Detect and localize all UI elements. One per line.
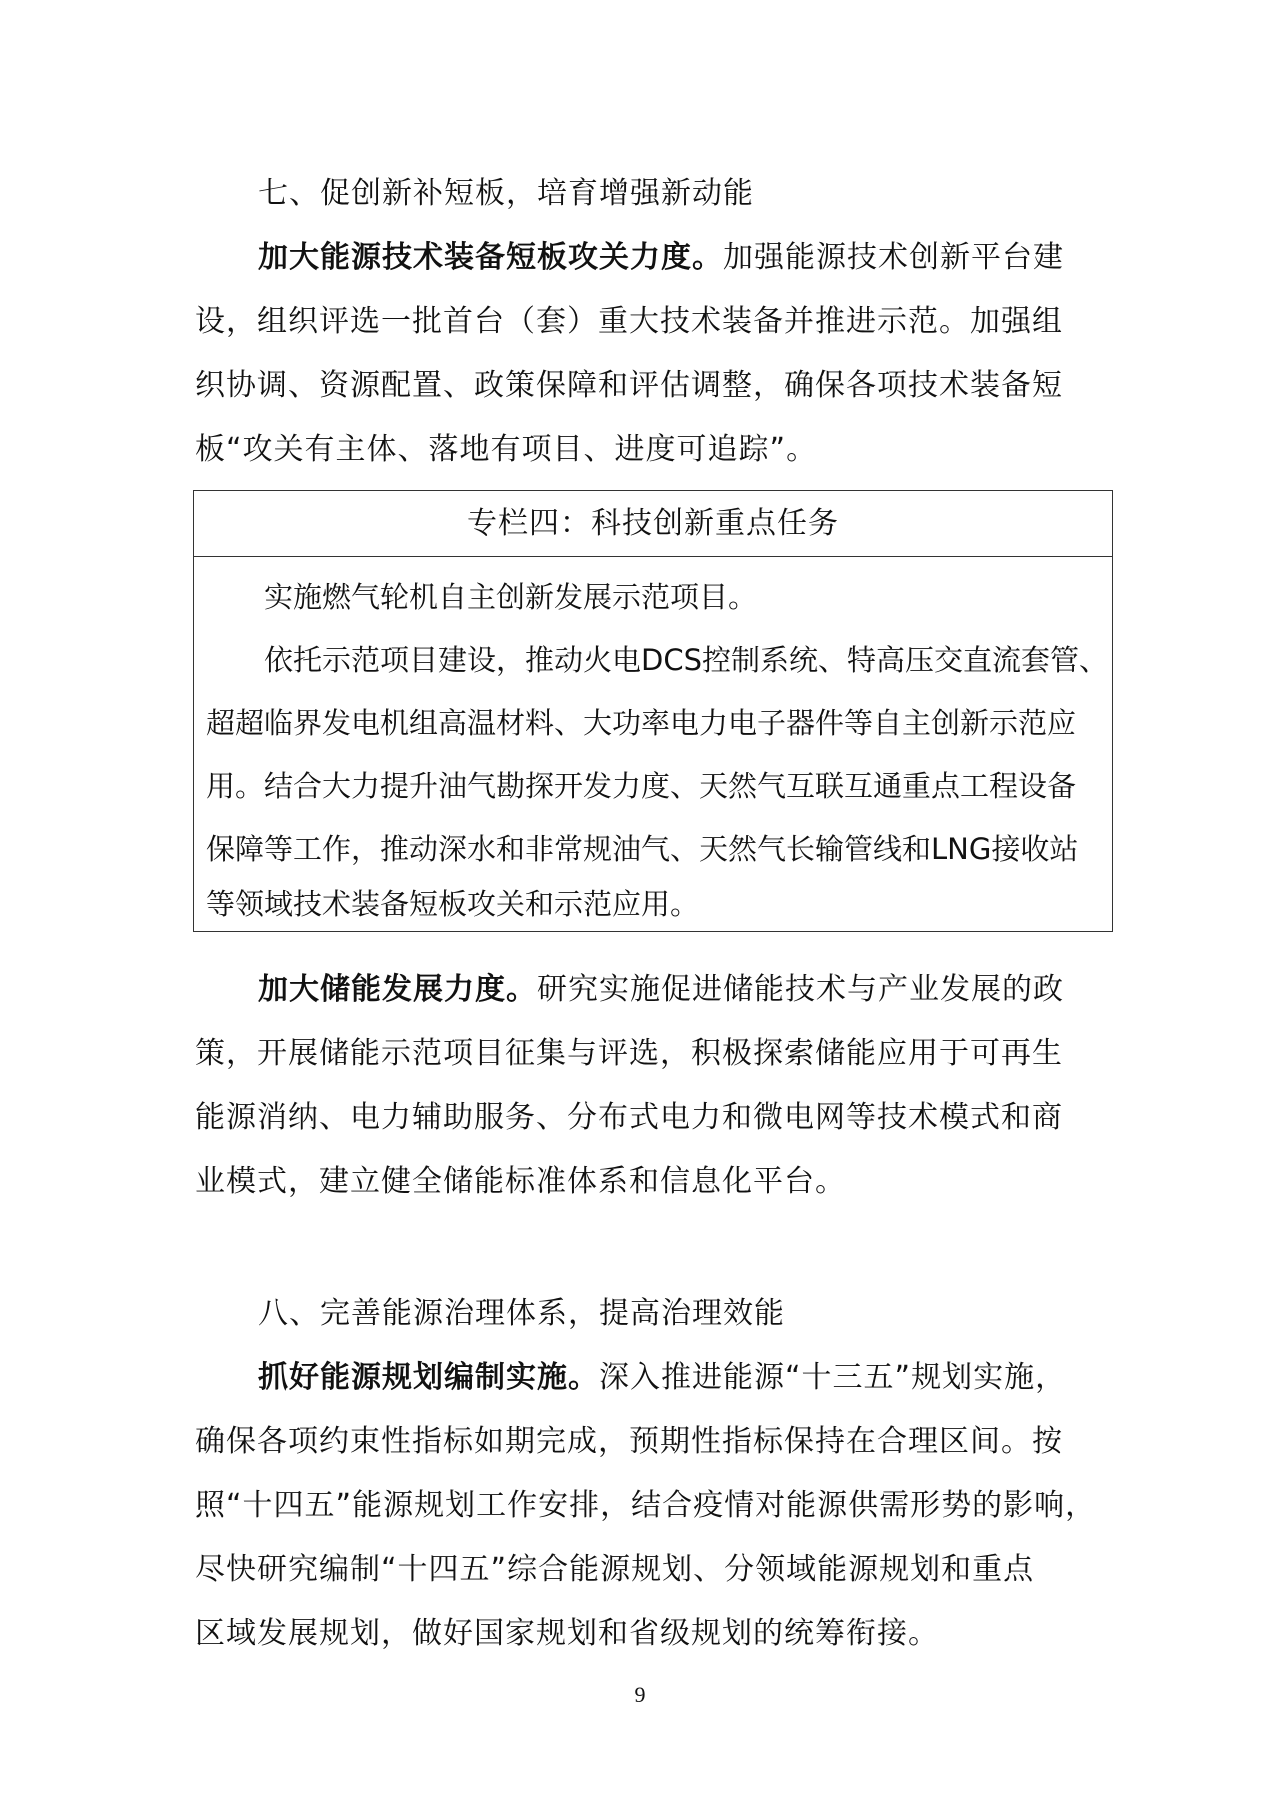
column-box-line-1: 实施燃气轮机自主创新发展示范项目。 xyxy=(264,577,757,617)
column-box-line-4: 用。结合大力提升油气勘探开发力度、天然气互联互通重点工程设备 xyxy=(206,766,1076,806)
paragraph-tech-equipment-line-2: 设，组织评选一批首台（套）重大技术装备并推进示范。加强组 xyxy=(195,302,1095,342)
section-7-heading: 七、促创新补短板，培育增强新动能 xyxy=(258,174,1158,214)
paragraph-text: 研究实施促进储能技术与产业发展的政 xyxy=(537,972,1064,1007)
paragraph-energy-storage-line-3: 能源消纳、电力辅助服务、分布式电力和微电网等技术模式和商 xyxy=(195,1098,1095,1138)
paragraph-energy-storage-line-4: 业模式，建立健全储能标准体系和信息化平台。 xyxy=(195,1162,1095,1202)
column-box-title: 专栏四：科技创新重点任务 xyxy=(194,491,1112,557)
paragraph-energy-planning-line-5: 区域发展规划，做好国家规划和省级规划的统筹衔接。 xyxy=(195,1614,1095,1654)
paragraph-energy-planning-line-2: 确保各项约束性指标如期完成，预期性指标保持在合理区间。按 xyxy=(195,1422,1095,1462)
paragraph-energy-planning-line-1: 抓好能源规划编制实施。深入推进能源“十三五”规划实施， xyxy=(258,1358,1158,1398)
column-box-line-2: 依托示范项目建设，推动火电DCS控制系统、特高压交直流套管、 xyxy=(264,640,1108,680)
section-8-heading: 八、完善能源治理体系，提高治理效能 xyxy=(258,1294,1158,1334)
paragraph-energy-planning-line-3: 照“十四五”能源规划工作安排，结合疫情对能源供需形势的影响， xyxy=(195,1486,1095,1526)
paragraph-text: 加强能源技术创新平台建 xyxy=(723,240,1064,275)
page-number: 9 xyxy=(0,1682,1280,1708)
paragraph-tech-equipment-line-1: 加大能源技术装备短板攻关力度。加强能源技术创新平台建 xyxy=(258,238,1158,278)
paragraph-lead-bold: 加大储能发展力度。 xyxy=(258,972,537,1007)
paragraph-text: 深入推进能源“十三五”规划实施， xyxy=(599,1360,1066,1395)
column-box-line-6: 等领域技术装备短板攻关和示范应用。 xyxy=(206,884,699,924)
paragraph-tech-equipment-line-4: 板“攻关有主体、落地有项目、进度可追踪”。 xyxy=(195,430,1095,470)
column-box-line-5: 保障等工作，推动深水和非常规油气、天然气长输管线和LNG接收站 xyxy=(206,829,1078,869)
paragraph-energy-storage-line-2: 策，开展储能示范项目征集与评选，积极探索储能应用于可再生 xyxy=(195,1034,1095,1074)
paragraph-tech-equipment-line-3: 织协调、资源配置、政策保障和评估调整，确保各项技术装备短 xyxy=(195,366,1095,406)
document-page: 七、促创新补短板，培育增强新动能 加大能源技术装备短板攻关力度。加强能源技术创新… xyxy=(0,0,1280,1809)
column-box-sci-tech-tasks: 专栏四：科技创新重点任务 实施燃气轮机自主创新发展示范项目。 依托示范项目建设，… xyxy=(193,490,1113,932)
paragraph-lead-bold: 加大能源技术装备短板攻关力度。 xyxy=(258,240,723,275)
paragraph-lead-bold: 抓好能源规划编制实施。 xyxy=(258,1360,599,1395)
paragraph-energy-storage-line-1: 加大储能发展力度。研究实施促进储能技术与产业发展的政 xyxy=(258,970,1158,1010)
column-box-line-3: 超超临界发电机组高温材料、大功率电力电子器件等自主创新示范应 xyxy=(206,703,1076,743)
paragraph-energy-planning-line-4: 尽快研究编制“十四五”综合能源规划、分领域能源规划和重点 xyxy=(195,1550,1095,1590)
